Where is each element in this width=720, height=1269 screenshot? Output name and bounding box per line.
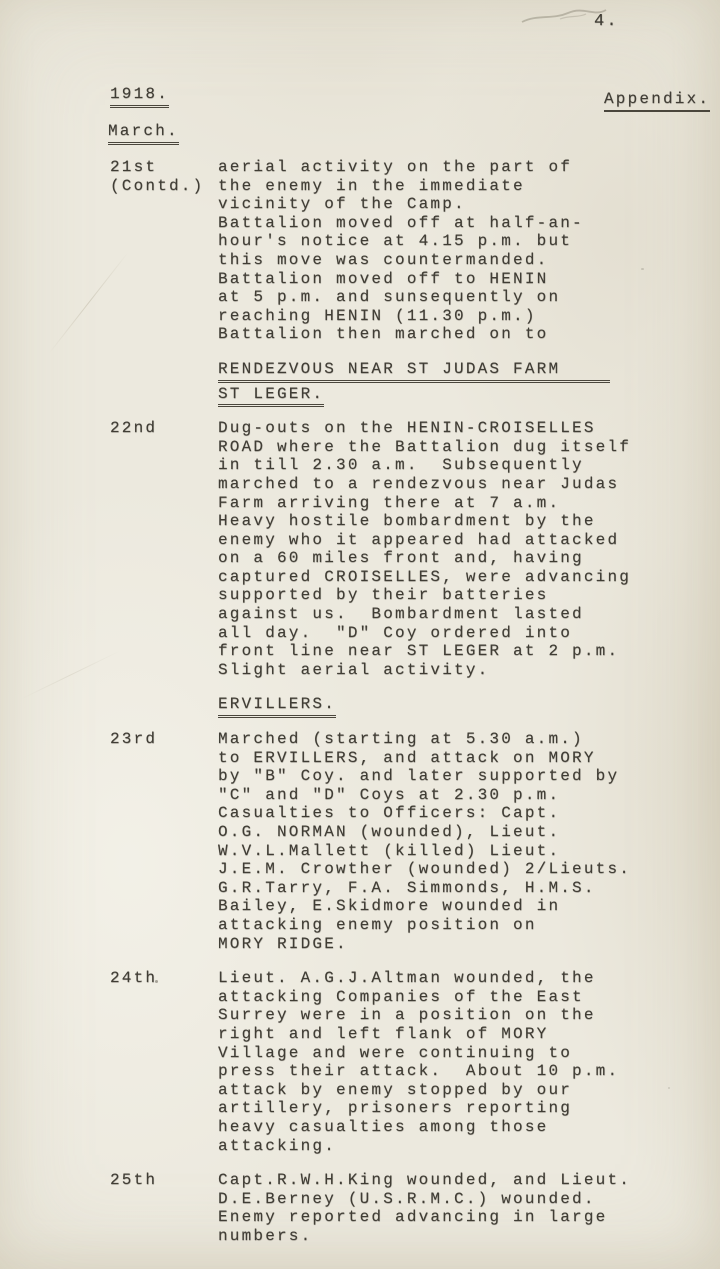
- month-heading: March.: [108, 122, 179, 145]
- paper-speck: [155, 980, 158, 983]
- paper-speck: [641, 268, 644, 270]
- entry-date: 23rd: [110, 730, 218, 953]
- diary-page: 4. 1918. Appendix. March. 21st (Contd.) …: [0, 0, 720, 1269]
- paper-crease: [21, 650, 120, 699]
- section-heading-line: ERVILLERS.: [218, 695, 336, 718]
- section-heading-line: ST LEGER.: [218, 385, 324, 408]
- diary-entry-23rd: 23rd Marched (starting at 5.30 a.m.) to …: [110, 730, 710, 953]
- entry-body: aerial activity on the part of the enemy…: [218, 158, 710, 344]
- paper-speck: [668, 1087, 670, 1089]
- entry-body: Capt.R.W.H.King wounded, and Lieut. D.E.…: [218, 1171, 710, 1245]
- entry-date: 21st (Contd.): [110, 158, 218, 344]
- section-heading-line: RENDEZVOUS NEAR ST JUDAS FARM: [218, 360, 610, 383]
- diary-entry-25th: 25th Capt.R.W.H.King wounded, and Lieut.…: [110, 1171, 710, 1245]
- section-heading-rendezvous: RENDEZVOUS NEAR ST JUDAS FARM ST LEGER.: [218, 360, 710, 407]
- entry-date: 25th: [110, 1171, 218, 1245]
- page-number: 4.: [594, 13, 619, 32]
- diary-entry-21st: 21st (Contd.) aerial activity on the par…: [110, 158, 710, 344]
- entry-date: 24th: [110, 969, 218, 1155]
- diary-entry-22nd: 22nd Dug-outs on the HENIN-CROISELLES RO…: [110, 419, 710, 679]
- diary-entry-24th: 24th Lieut. A.G.J.Altman wounded, the at…: [110, 969, 710, 1155]
- year-heading: 1918.: [110, 85, 169, 108]
- appendix-heading: Appendix.: [604, 90, 710, 112]
- diary-entries: 21st (Contd.) aerial activity on the par…: [110, 158, 710, 1261]
- entry-body: Lieut. A.G.J.Altman wounded, the attacki…: [218, 969, 710, 1155]
- section-heading-ervillers: ERVILLERS.: [218, 695, 710, 718]
- entry-body: Dug-outs on the HENIN-CROISELLES ROAD wh…: [218, 419, 710, 679]
- entry-body: Marched (starting at 5.30 a.m.) to ERVIL…: [218, 730, 710, 953]
- entry-date: 22nd: [110, 419, 218, 679]
